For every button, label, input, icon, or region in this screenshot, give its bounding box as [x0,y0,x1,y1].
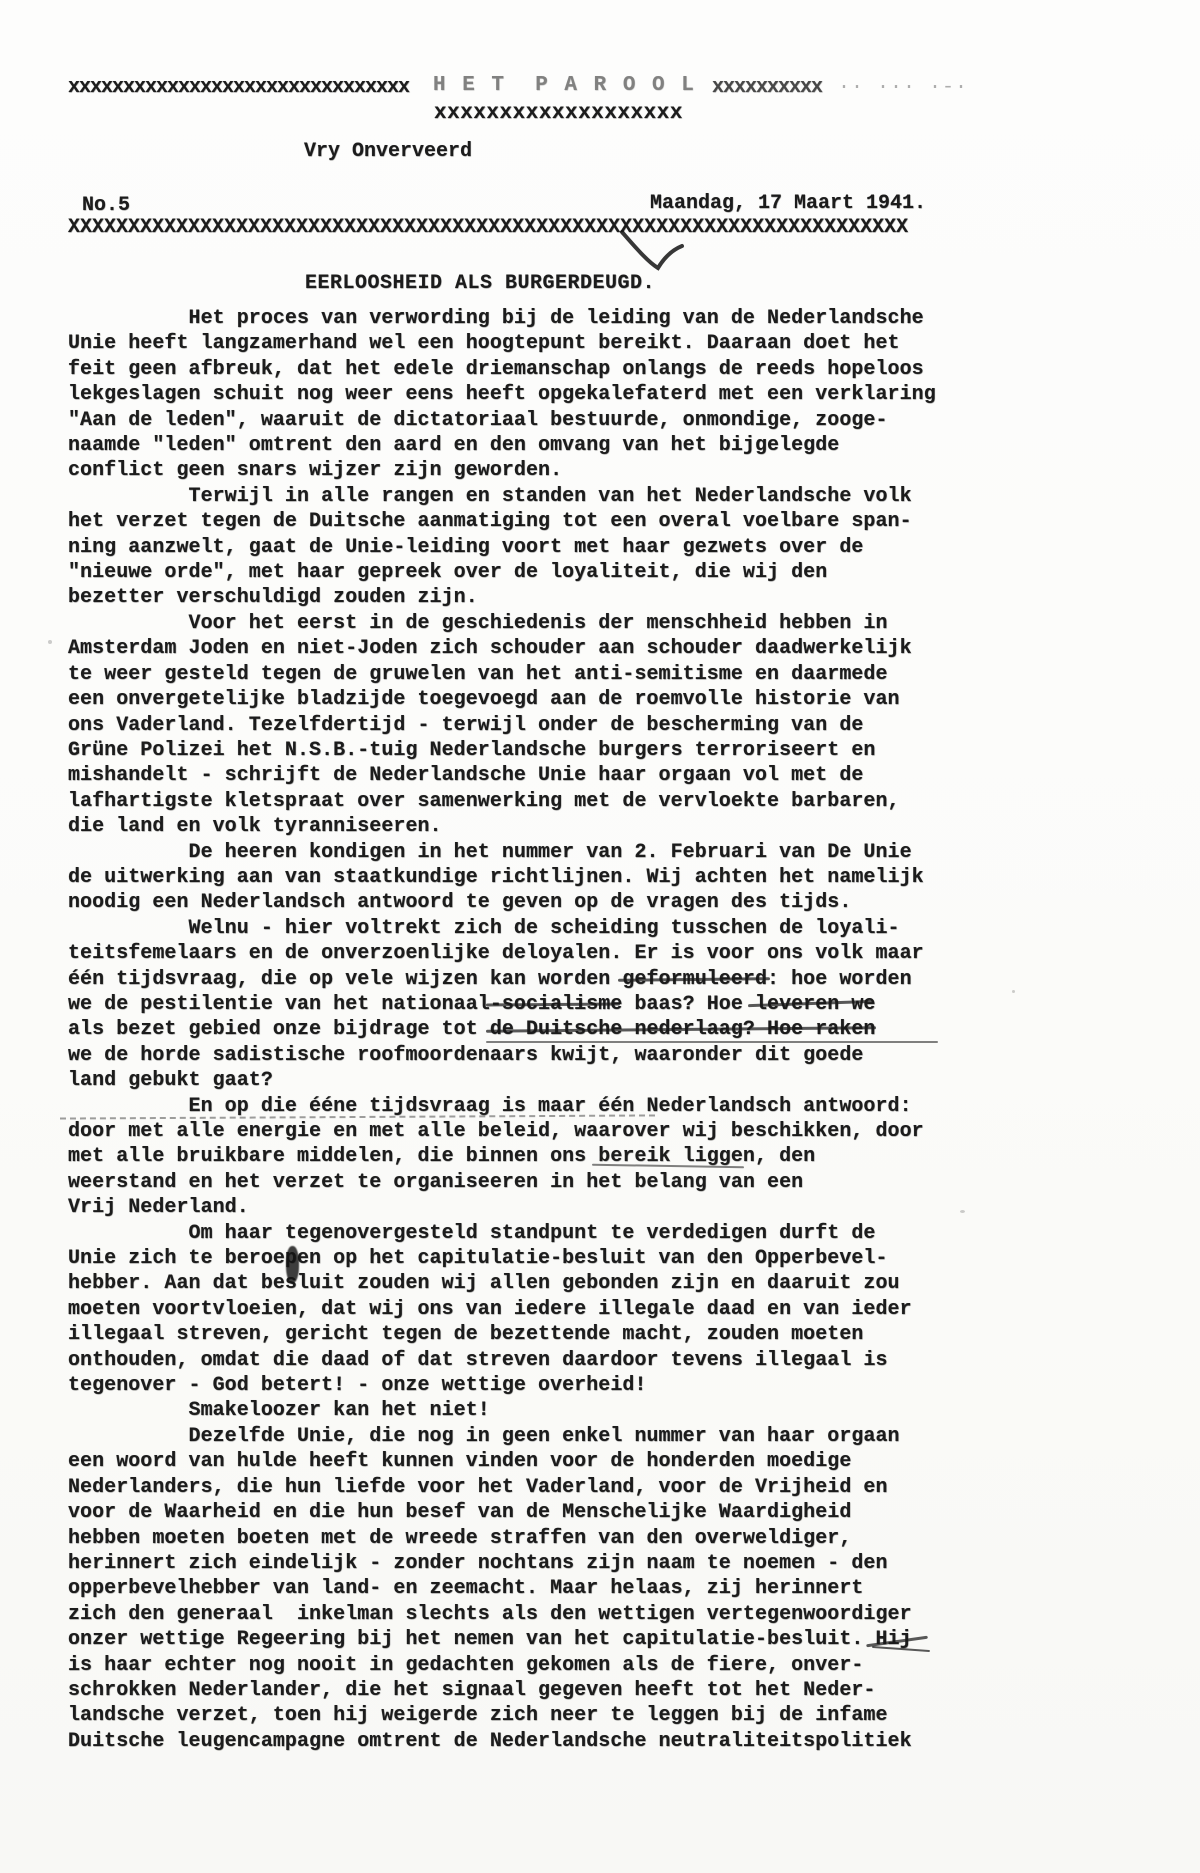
scan-speck [48,640,52,644]
masthead-x-row-sub: xxxxxxxxxxxxxxxxxxx [434,102,683,125]
scan-speck [960,1210,965,1213]
issue-date: Maandag, 17 Maart 1941. [650,192,926,215]
scanned-document-page: xxxxxxxxxxxxxxxxxxxxxxxxxxxxxxx H E T P … [0,0,1200,1873]
masthead-x-row-faint: ·· ··· ·-· [838,76,968,99]
masthead-motto: Vry Onverveerd [304,140,472,163]
divider-x-row: XXXXXXXXXXXXXXXXXXXXXXXXXXXXXXXXXXXXXXXX… [68,216,908,239]
masthead-title: H E T P A R O O L [433,74,696,97]
article-title: EERLOOSHEID ALS BURGERDEUGD. [305,272,655,295]
scan-speck [1012,990,1015,993]
masthead-x-row-right: xxxxxxxxxx [712,76,822,99]
issue-number: No.5 [82,194,130,217]
article-body: Het proces van verwording bij de leiding… [68,306,948,1754]
masthead-x-row-left: xxxxxxxxxxxxxxxxxxxxxxxxxxxxxxx [68,76,409,99]
